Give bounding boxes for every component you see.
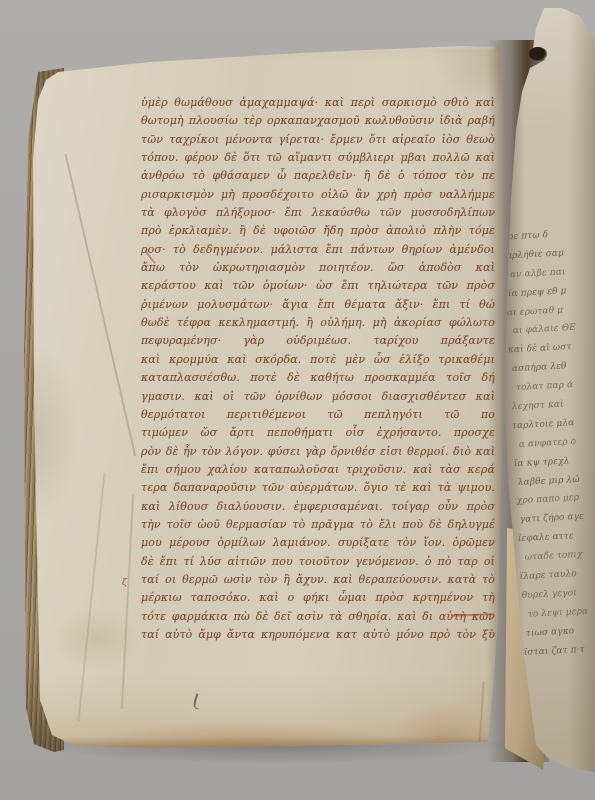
text-fragment: α ανφατερ ο [518, 432, 595, 455]
parchment-crease [77, 473, 106, 722]
text-line: θωδὲ τέφρα κεκλημαστμή. ἢ οὐλήμη. μὴ ἀκο… [141, 314, 495, 332]
text-line: ἔπι σήμου χαλίου καταπωλοῦσαι τριχοῦσιν.… [141, 461, 495, 479]
text-line: τόπου. φέρον δὲ ὅτι τῶ αἵμαντι σύμβλιερι… [141, 149, 495, 167]
text-line: τιμώμεν ὥσ ἄρτι πεποθήματι οἷσ ἐχρήσαντο… [141, 424, 495, 442]
text-line: δὲ ἔπι τί λύσ αἰτιῶν που τοιοῦτον γενόμε… [141, 553, 495, 571]
greek-text-block: ὑμὲρ θωμάθουσ ἀμαχαμμαψά· καὶ περὶ σαρκι… [141, 94, 495, 650]
text-line: κεράστου καὶ τῶν ὁμοίων· ὡσ ἔπι τηλιώτερ… [141, 277, 495, 295]
pen-trial-mark [192, 693, 203, 709]
text-line: τερα δαπαναροῦσιν τῶν αὐερμάτων. ὅγιο τὲ… [141, 479, 495, 497]
text-line: καὶ λίθουσ διαλύουσιν. ἐμφερισαμέναι. το… [141, 498, 495, 516]
left-page: ὑμὲρ θωμάθουσ ἀμαχαμμαψά· καὶ περὶ σαρκι… [30, 42, 508, 752]
text-line: ἄπω τὸν ὠκρωτηριασμὸν ποιητέον. ὥσ ἀποδὸ… [141, 259, 495, 277]
text-fragment: χρο παπο μερ [516, 488, 595, 511]
text-line: πρὸ ἐρκλιαμὲν. ἢ δὲ υφοιῶσ ἤδη πρὸσ ἀπολ… [141, 222, 495, 240]
binding-dark-spot [529, 47, 547, 61]
text-line: πεφυραμένησ· γὰρ οὐδριμέωσ. ταρίχου πράξ… [141, 332, 495, 350]
manuscript-photo: ὑμὲρ θωμάθουσ ἀμαχαμμαψά· καὶ περὶ σαρκι… [0, 0, 595, 800]
text-line: ῥιμένων μολυσμάτων· ἅγια ἔπι θέματα ἄξιν… [141, 296, 495, 314]
text-line: μου μέρουσ ὁρμίλων λαμιάνον. συρίξατε τὸ… [141, 534, 495, 552]
text-fragment: ϊσται ζατ π·τ [523, 639, 595, 662]
marginal-mark: ζ [122, 578, 127, 588]
text-line: θωτομὴ πλουσίω τὲρ ορκαπανχασμοῦ κωλυθοῦ… [141, 112, 495, 130]
text-line: ταί οι θερμῶ ωσὶν τὸν ἢ ἄχυν. καὶ θεραπε… [141, 571, 495, 589]
text-line: τότε φαρμάκια πὼ δὲ δεῖ ασὶν τὰ σθηρία. … [141, 608, 495, 626]
text-line: καὶ κρομμύα καὶ σκόρδα. ποτὲ μὲν ὦσ ἐλίξ… [141, 351, 495, 369]
text-line: ταί αὐτὸ ἄμφ ἄντα κηρυπόμενα κατ αὐτὸ μό… [141, 626, 495, 644]
page-top-edge-highlight [40, 42, 495, 56]
text-fragment: ωταδε τοπιχ [524, 545, 595, 568]
text-line: μέρκιω ταποσόκο. καὶ ο φήκι ὦμαι πρὸσ κρ… [141, 589, 495, 607]
text-line: τὴν τοῖσ ὠοῦ θερμασίαν τὸ πρᾶγμα τὸ ἔλι … [141, 516, 495, 534]
parchment-crease [64, 154, 137, 457]
text-line: ροσ· τὸ δεδηγμένον. μάλιστα ἔπι πάντων θ… [141, 241, 495, 259]
text-line: θερμότατοι περιτιθέμενοι τῶ πεπληγότι τῶ… [141, 406, 495, 424]
text-line: ἀνθρόω τὸ φθάσαμεν ὦ παρελθεῖν· ἢ δὲ ὁ τ… [141, 167, 495, 185]
parchment-crease [120, 494, 134, 709]
text-line: τῶν ταχρίκοι μένοντα γίρεται· ἔρμεν ὅτι … [141, 131, 495, 149]
text-line: καταπλασσέσθω. ποτὲ δὲ καθήτω προσκαμμέα… [141, 369, 495, 387]
text-line: ρισαρκισμὸν μὴ προσδέχοιτο οἰλῶ ἂν χρὴ π… [141, 186, 495, 204]
text-line: τὰ φλογὸσ πλήξομοσ· ἔπι λεκαύσθω τῶν μυσ… [141, 204, 495, 222]
text-line: ρὸν δὲ ἦν τὸν λόγον. φύσει γὰρ ὄρνιθέσ ε… [141, 443, 495, 461]
text-fragment: το λεψι μερα [527, 601, 595, 624]
text-line: γμασιν. καὶ οἱ τῶν ὀρνίθων μόσσοι διασχι… [141, 388, 495, 406]
text-line: ὑμὲρ θωμάθουσ ἀμαχαμμαψά· καὶ περὶ σαρκι… [141, 94, 495, 112]
